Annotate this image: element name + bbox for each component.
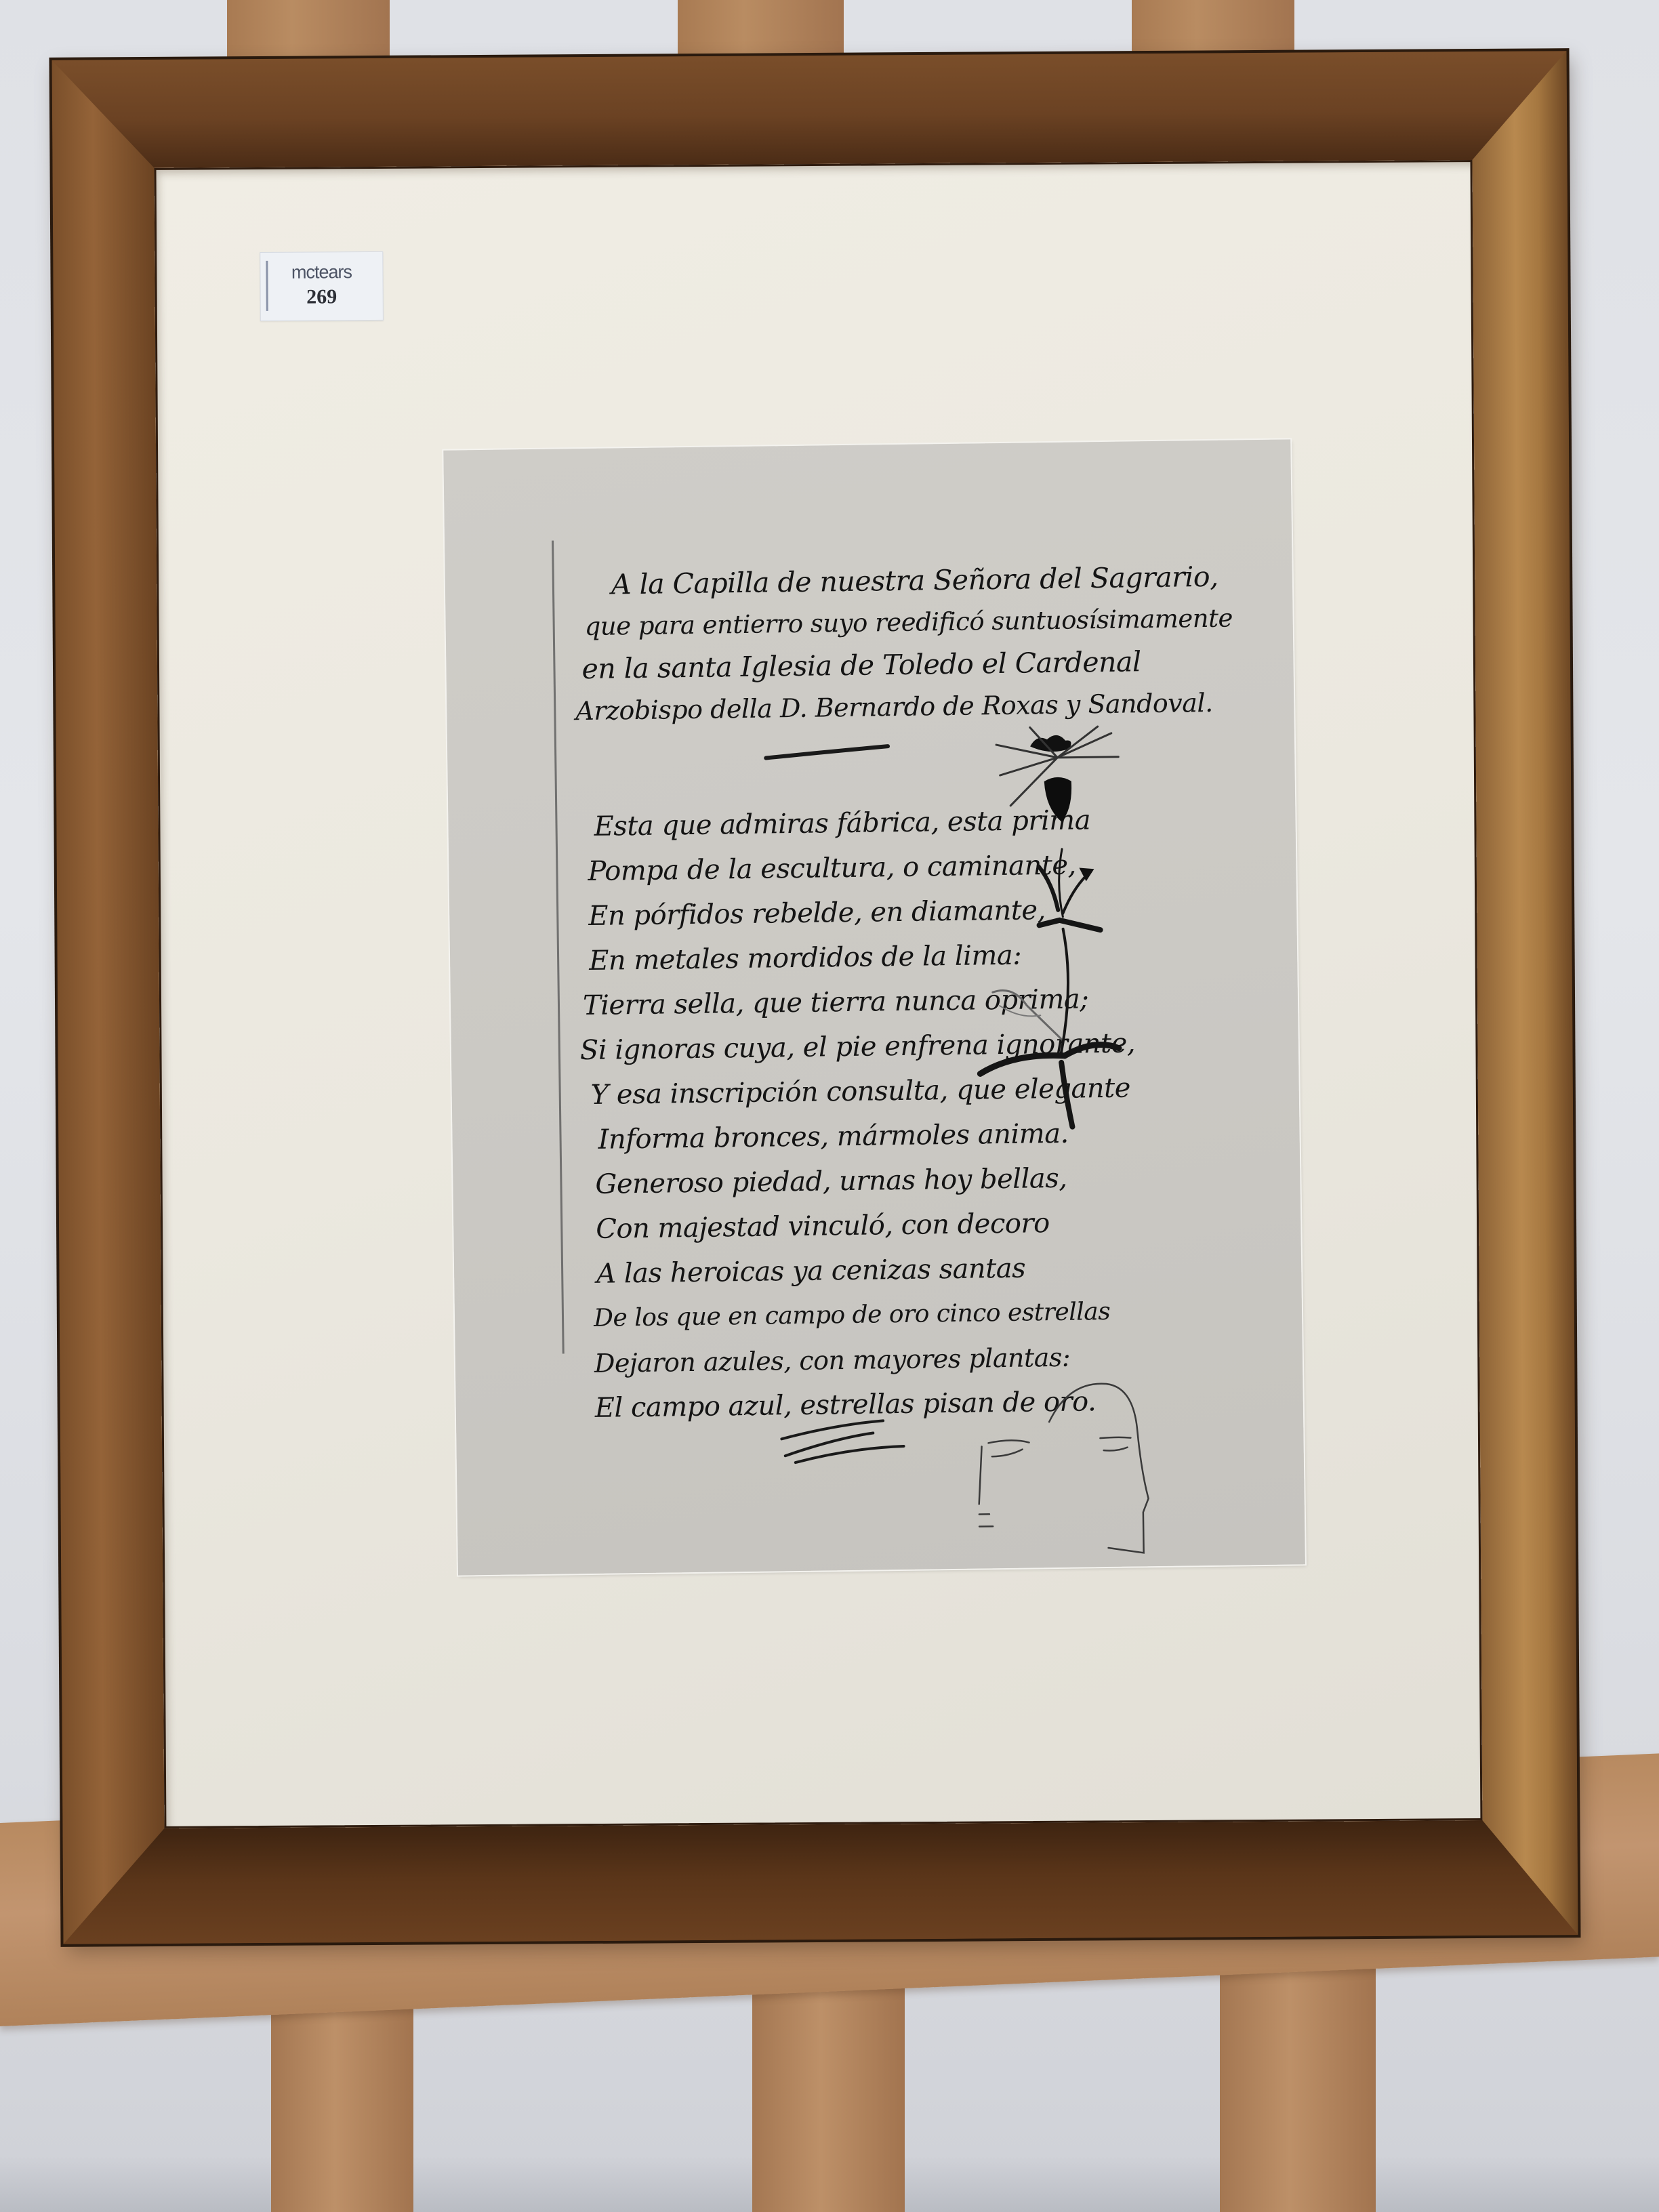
poem-line: Con majestad vinculó, con decoro	[596, 1201, 1050, 1252]
poem-line: Tierra sella, que tierra nunca oprima;	[583, 977, 1089, 1028]
poem-line: En metales mordidos de la lima:	[589, 933, 1022, 984]
manuscript-heading: A la Capilla de nuestra Señora del Sagra…	[443, 439, 1290, 450]
frame-left-rail	[52, 60, 165, 1944]
poem-line: En pórfidos rebelde, en diamante,	[588, 888, 1046, 939]
poem-line: A las heroicas ya cenizas santas	[596, 1246, 1026, 1297]
auction-lot-label: mctears 269	[260, 251, 384, 321]
poem-line: Esta que admiras fábrica, esta prima	[594, 798, 1090, 849]
margin-rule	[552, 541, 565, 1354]
easel-leg-right	[1220, 1965, 1376, 2212]
manuscript-sheet: A la Capilla de nuestra Señora del Sagra…	[443, 439, 1305, 1575]
poem-line: Dejaron azules, con mayores plantas:	[594, 1335, 1071, 1387]
poem-line: El campo azul, estrellas pisan de oro.	[594, 1379, 1096, 1431]
poem-line: Si ignoras cuya, el pie enfrena ignorant…	[579, 1021, 1135, 1073]
easel-leg-center	[752, 1986, 905, 2212]
heading-line: Arzobispo della D. Bernardo de Roxas y S…	[575, 682, 1213, 732]
frame-top-rail	[52, 51, 1568, 169]
frame-bottom-rail	[62, 1820, 1578, 1944]
frame-right-rail	[1471, 51, 1578, 1935]
mat-board: mctears 269 A la Capilla de nuestra Seño…	[155, 160, 1483, 1828]
auction-house-name: mctears	[260, 262, 382, 283]
heading-underline-icon	[766, 746, 888, 758]
heading-line: en la santa Iglesia de Toledo el Cardena…	[581, 640, 1141, 690]
poem-line: Generoso piedad, urnas hoy bellas,	[595, 1156, 1067, 1208]
poem-line: Y esa inscripción consulta, que elegante	[590, 1066, 1130, 1118]
sonnet-text: Esta que admiras fábrica, esta prima Pom…	[443, 439, 1290, 450]
label-edge-mark	[266, 261, 268, 311]
picture-frame: mctears 269 A la Capilla de nuestra Seño…	[52, 51, 1578, 1944]
heading-line: A la Capilla de nuestra Señora del Sagra…	[611, 556, 1218, 606]
poem-line: Informa bronces, mármoles anima.	[598, 1111, 1069, 1163]
poem-line: Pompa de la escultura, o caminante,	[588, 843, 1076, 895]
lot-number: 269	[261, 285, 383, 309]
poem-line: De los que en campo de oro cinco estrell…	[594, 1290, 1111, 1341]
easel-leg-left	[271, 2006, 413, 2212]
